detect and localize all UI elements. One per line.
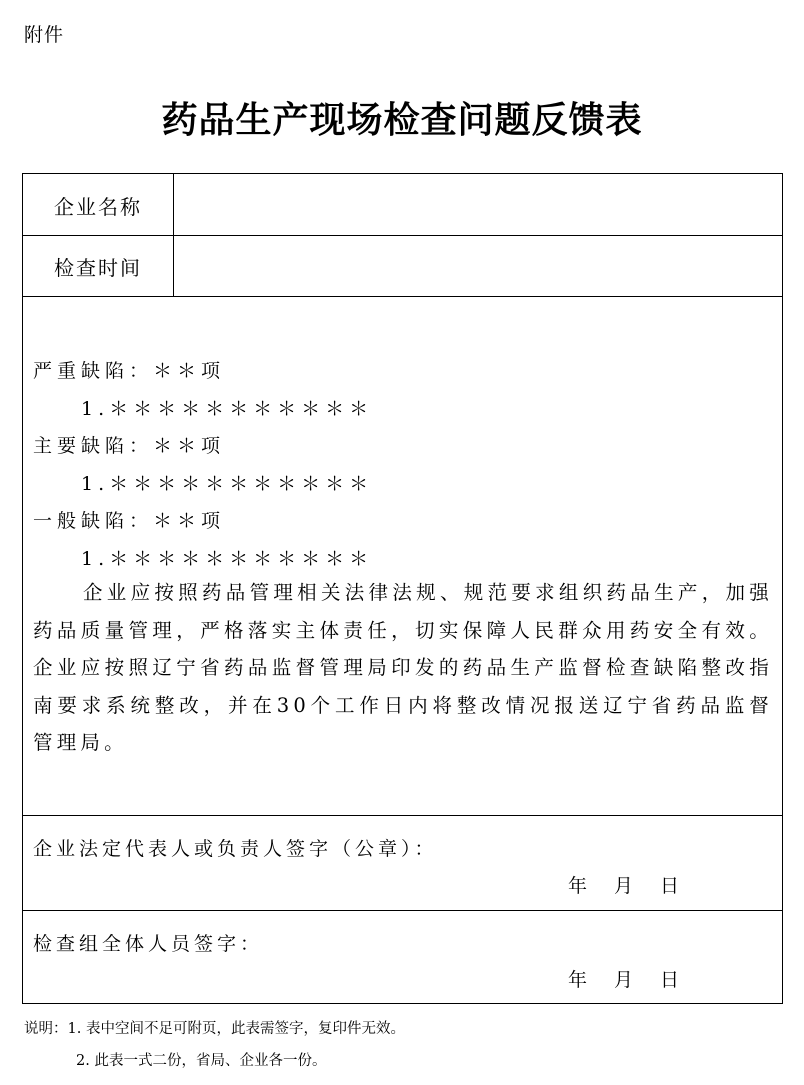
major-defects-heading: 主要缺陷：＊＊项 [33, 431, 225, 458]
row-divider [23, 296, 782, 297]
page-title: 药品生产现场检查问题反馈表 [0, 92, 804, 143]
month-label: 月 [614, 965, 633, 992]
inspection-team-signature-date[interactable]: 年月日 [568, 965, 706, 992]
row-divider [23, 815, 782, 816]
year-label: 年 [568, 871, 587, 898]
serious-defect-item: 1.＊＊＊＊＊＊＊＊＊＊＊ [81, 394, 373, 421]
inspection-team-signature-label: 检查组全体人员签字： [33, 929, 263, 956]
inspection-time-label: 检查时间 [23, 252, 173, 281]
major-defect-item: 1.＊＊＊＊＊＊＊＊＊＊＊ [81, 469, 373, 496]
inspection-time-field[interactable] [175, 236, 782, 296]
serious-defects-heading: 严重缺陷：＊＊项 [33, 356, 225, 383]
general-defect-item: 1.＊＊＊＊＊＊＊＊＊＊＊ [81, 544, 373, 571]
enterprise-name-label: 企业名称 [23, 191, 173, 220]
general-defects-heading: 一般缺陷：＊＊项 [33, 506, 225, 533]
day-label: 日 [660, 965, 679, 992]
note-1: 说明：1. 表中空间不足可附页，此表需签字，复印件无效。 [24, 1017, 405, 1038]
feedback-form-table: 企业名称 检查时间 严重缺陷：＊＊项 1.＊＊＊＊＊＊＊＊＊＊＊ 主要缺陷：＊＊… [22, 173, 783, 1004]
day-label: 日 [660, 871, 679, 898]
attachment-label: 附件 [24, 20, 64, 47]
rectification-statement: 企业应按照药品管理相关法律法规、规范要求组织药品生产，加强药品质量管理，严格落实… [33, 574, 773, 762]
enterprise-name-field[interactable] [175, 174, 782, 235]
note-2: 2. 此表一式二份，省局、企业各一份。 [76, 1049, 326, 1070]
row-divider [23, 910, 782, 911]
month-label: 月 [614, 871, 633, 898]
legal-rep-signature-label: 企业法定代表人或负责人签字（公章）： [33, 834, 438, 861]
year-label: 年 [568, 965, 587, 992]
legal-rep-signature-date[interactable]: 年月日 [568, 871, 706, 898]
